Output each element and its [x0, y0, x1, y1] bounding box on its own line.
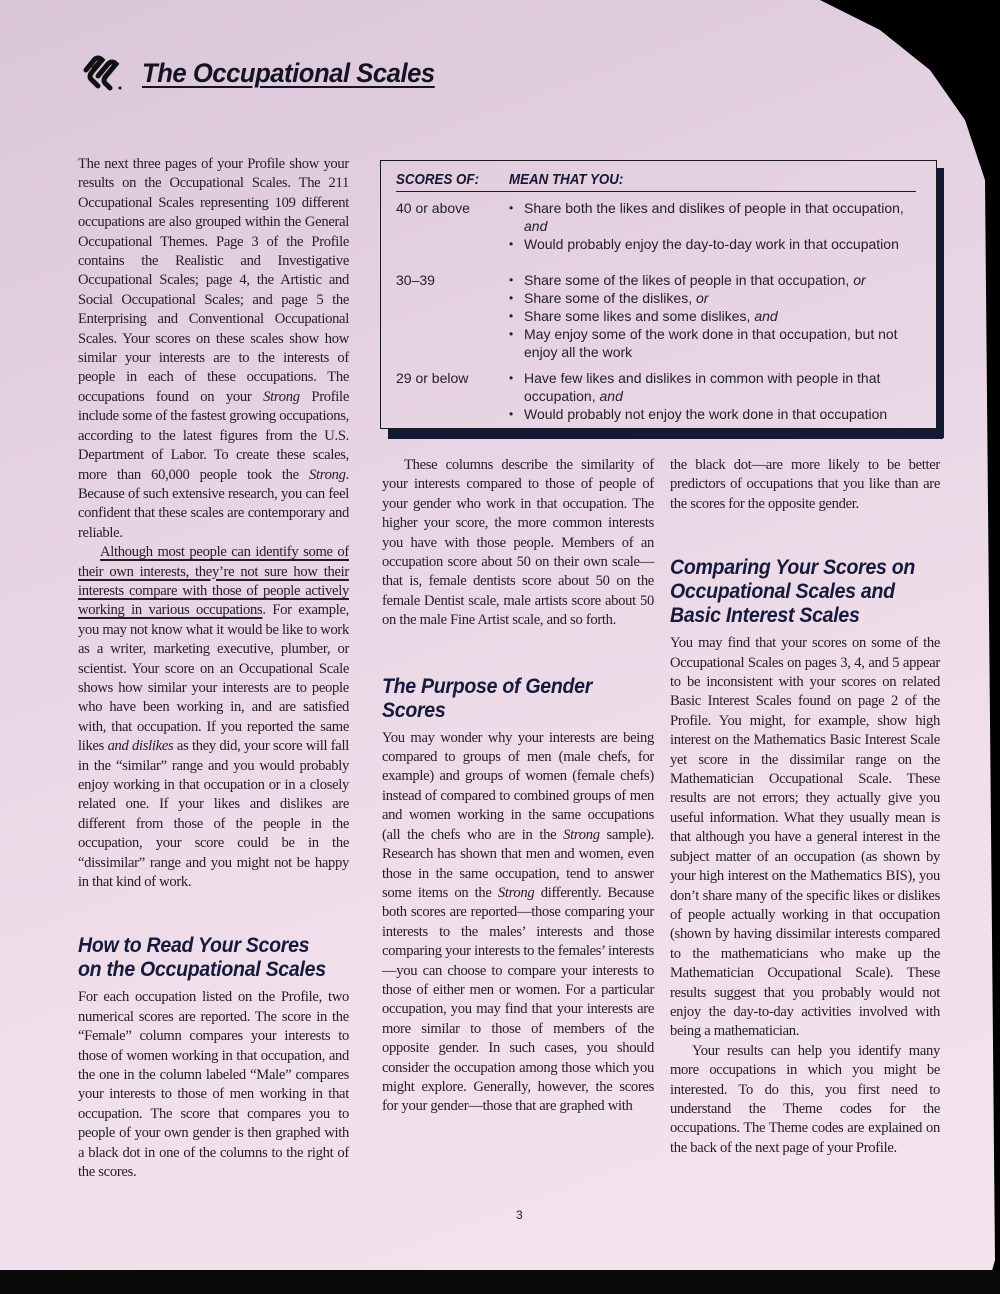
header-mean-that-you: MEAN THAT YOU: [509, 171, 623, 189]
how-to-read-paragraph: For each occupation listed on the Profil… [78, 988, 349, 1182]
score-range: 29 or below [396, 369, 506, 387]
background-edge [0, 1270, 1000, 1294]
section-heading-how-to-read: How to Read Your Scores on the Occupatio… [78, 934, 330, 982]
meaning-item: Have few likes and dislikes in common wi… [509, 369, 919, 405]
document-page: The Occupational Scales The next three p… [0, 0, 1000, 1280]
meaning-item: Share both the likes and dislikes of peo… [509, 199, 919, 235]
meaning-item: May enjoy some of the work done in that … [509, 325, 919, 361]
column-right: the black dot—are more likely to be bett… [670, 456, 940, 1158]
page-number: 3 [516, 1208, 523, 1222]
scores-meaning-table: SCORES OF: MEAN THAT YOU: 40 or above Sh… [380, 160, 937, 429]
page-title: The Occupational Scales [142, 58, 435, 89]
meaning-item: Share some of the dislikes, or [509, 289, 919, 307]
meaning-item: Share some of the likes of people in tha… [509, 271, 919, 289]
intro-paragraph: The next three pages of your Profile sho… [78, 155, 349, 543]
meaning-list: Have few likes and dislikes in common wi… [509, 369, 919, 423]
column-middle: These columns describe the similarity of… [382, 456, 654, 1117]
section-heading-comparing: Comparing Your Scores on Occupational Sc… [670, 556, 921, 628]
gender-scores-paragraph: You may wonder why your interests are be… [382, 729, 654, 1117]
comparing-paragraph: You may find that your scores on some of… [670, 634, 940, 1042]
meaning-list: Share both the likes and dislikes of peo… [509, 199, 919, 253]
meaning-item: Would probably not enjoy the work done i… [509, 405, 919, 423]
meaning-item: Share some likes and some dislikes, and [509, 307, 919, 325]
score-range: 40 or above [396, 199, 506, 217]
header-scores-of: SCORES OF: [396, 171, 479, 189]
meaning-list: Share some of the likes of people in tha… [509, 271, 919, 361]
theme-codes-paragraph: Your results can help you identify many … [670, 1042, 940, 1158]
meaning-item: Would probably enjoy the day-to-day work… [509, 235, 919, 253]
table-header: SCORES OF: MEAN THAT YOU: [396, 171, 916, 192]
column-left: The next three pages of your Profile sho… [78, 155, 349, 1183]
strong-logo-icon [80, 50, 124, 92]
comparison-paragraph: Although most people can identify some o… [78, 543, 349, 892]
section-heading-purpose-gender: The Purpose of Gender Scores [382, 675, 635, 723]
box-shadow-bottom [388, 429, 943, 439]
similarity-paragraph: These columns describe the similarity of… [382, 456, 654, 631]
continued-paragraph: the black dot—are more likely to be bett… [670, 456, 940, 514]
score-range: 30–39 [396, 271, 506, 289]
box-shadow-right [937, 168, 944, 438]
